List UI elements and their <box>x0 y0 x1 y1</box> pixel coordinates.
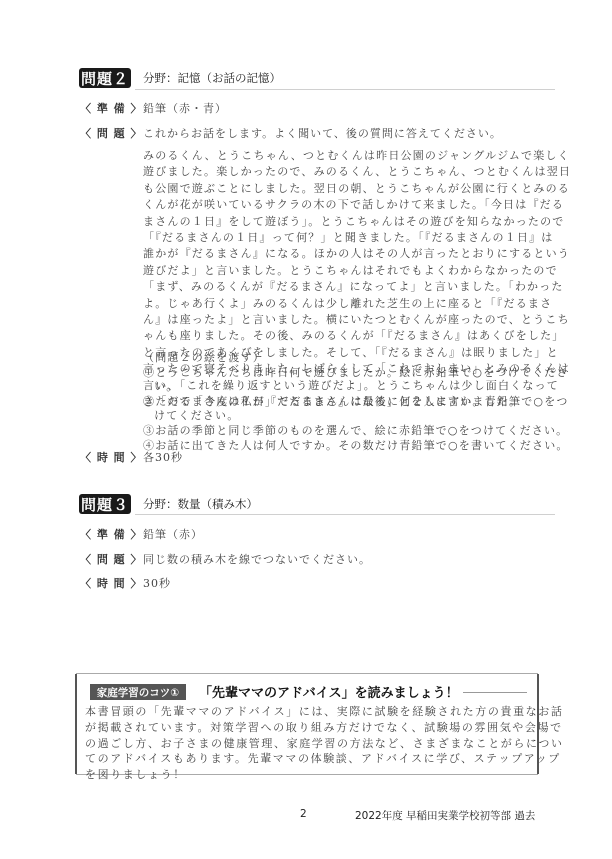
divider <box>135 514 555 515</box>
story-line: 誰かが『だるまさん』になる。ほかの人はその人が言ったとおりにするという <box>143 246 559 262</box>
study-tip-tag: 家庭学習のコツ① <box>90 684 186 700</box>
story-line: も公園で遊ぶことにしました。翌日の朝、とうこちゃんが公園に行くとみのる <box>143 181 559 197</box>
problem-3-badge: 問題３ <box>79 494 131 514</box>
study-tip-box: 家庭学習のコツ① 「先輩ママのアドバイス」を読みましょう！ 本書冒頭の「先輩ママ… <box>76 673 538 775</box>
problem-3-header: 問題３ 分野：数量（積み木） <box>79 494 258 514</box>
question-item-1-cont: い。 <box>143 380 559 395</box>
story-line: 遊びました。楽しかったので、みのるくん、とうこちゃん、つとむくんは翌日 <box>143 164 559 180</box>
study-tip-text: 本書冒頭の「先輩ママのアドバイス」には、実際に試験を経験された方の貴重なお話 が… <box>85 704 533 783</box>
problem-2-field: 分野：記憶（お話の記憶） <box>143 70 281 86</box>
story-line: くんが花が咲いているサクラの木の下で話しかけて来ました。「今日は『だる <box>143 197 559 213</box>
tip-line: てのアドバイスもあります。先輩ママの体験談、アドバイスに学び、ステップアップ <box>85 751 533 767</box>
problem-2-question: これからお話をします。よく聞いて、後の質問に答えてください。 <box>143 125 502 141</box>
story-line: 遊びだよ」と言いました。とうこちゃんはそれでもよくわからなかったので <box>143 263 559 279</box>
story-line: まさんの１日』をして遊ぼう」。とうこちゃんはその遊びを知らなかったので <box>143 214 559 230</box>
problem-2-prep: 鉛筆（赤・青） <box>143 100 227 116</box>
problem-3-question: 同じ数の積み木を線でつないでください。 <box>143 551 371 567</box>
question-item-3: ③お話の季節と同じ季節のものを選んで、絵に赤鉛筆で○をつけてください。 <box>143 424 559 439</box>
problem-2-header: 問題２ 分野：記憶（お話の記憶） <box>79 68 281 88</box>
story-line: 「『だるまさんの１日』って何？」と聞きました。「『だるまさんの１日』は <box>143 230 559 246</box>
problem-3-field: 分野：数量（積み木） <box>143 496 258 512</box>
study-tip-title: 「先輩ママのアドバイス」を読みましょう！ <box>199 682 459 701</box>
handout-note: （問題２の絵を渡す） <box>143 351 559 366</box>
problem-2-badge: 問題２ <box>79 68 131 88</box>
divider <box>135 89 555 90</box>
story-line: 「まず、みのるくんが『だるまさん』になってよ」と言いました。「わかった <box>143 279 559 295</box>
question-label: 〈 問 題 〉 <box>80 551 143 567</box>
time-label: 〈 時 間 〉 <box>80 449 143 465</box>
problem-3-prep: 鉛筆（赤） <box>143 526 203 542</box>
question-item-4: ④お話に出てきた人は何人ですか。その数だけ青鉛筆で○を書いてください。 <box>143 439 559 454</box>
question-item-1: ①とうこちゃんたちは昨日何で遊びましたか。絵に赤鉛筆で○をつけてくださ <box>143 366 559 381</box>
problem-2-time: 各30秒 <box>143 449 183 465</box>
problem-3-time: 30秒 <box>143 575 171 591</box>
story-line: ん』は座ったよ」と言いました。横にいたつとむくんが座ったので、とうこち <box>143 312 559 328</box>
prep-label: 〈 準 備 〉 <box>80 100 143 116</box>
divider <box>463 692 527 693</box>
question-item-2: ②「だるまさんの１日」でだるまさんは最後に何をしますか。青鉛筆で○をつ <box>143 395 559 410</box>
question-item-2-cont: けてください。 <box>143 409 559 424</box>
footer-title: 2022年度 早稲田実業学校初等部 過去 <box>355 808 535 823</box>
story-line: みのるくん、とうこちゃん、つとむくんは昨日公園のジャングルジムで楽しく <box>143 148 559 164</box>
tip-line: を図りましょう！ <box>85 767 533 783</box>
page-number: 2 <box>300 808 307 820</box>
question-label: 〈 問 題 〉 <box>80 125 143 141</box>
tip-line: の過ごし方、お子さまの健康管理、家庭学習の方法など、さまざまなことがらについ <box>85 736 533 752</box>
prep-label: 〈 準 備 〉 <box>80 526 143 542</box>
story-line: ゃんも座りました。その後、みのるくんが「『だるまさん』はあくびをした」 <box>143 328 559 344</box>
tip-line: 本書冒頭の「先輩ママのアドバイス」には、実際に試験を経験された方の貴重なお話 <box>85 704 533 720</box>
tip-line: が掲載されています。対策学習への取り組み方だけでなく、試験場の雰囲気や会場で <box>85 720 533 736</box>
story-line: よ。じゃあ行くよ」みのるくんは少し離れた芝生の上に座ると「『だるまさ <box>143 296 559 312</box>
problem-2-questions: （問題２の絵を渡す） ①とうこちゃんたちは昨日何で遊びましたか。絵に赤鉛筆で○を… <box>143 351 559 453</box>
time-label: 〈 時 間 〉 <box>80 575 143 591</box>
